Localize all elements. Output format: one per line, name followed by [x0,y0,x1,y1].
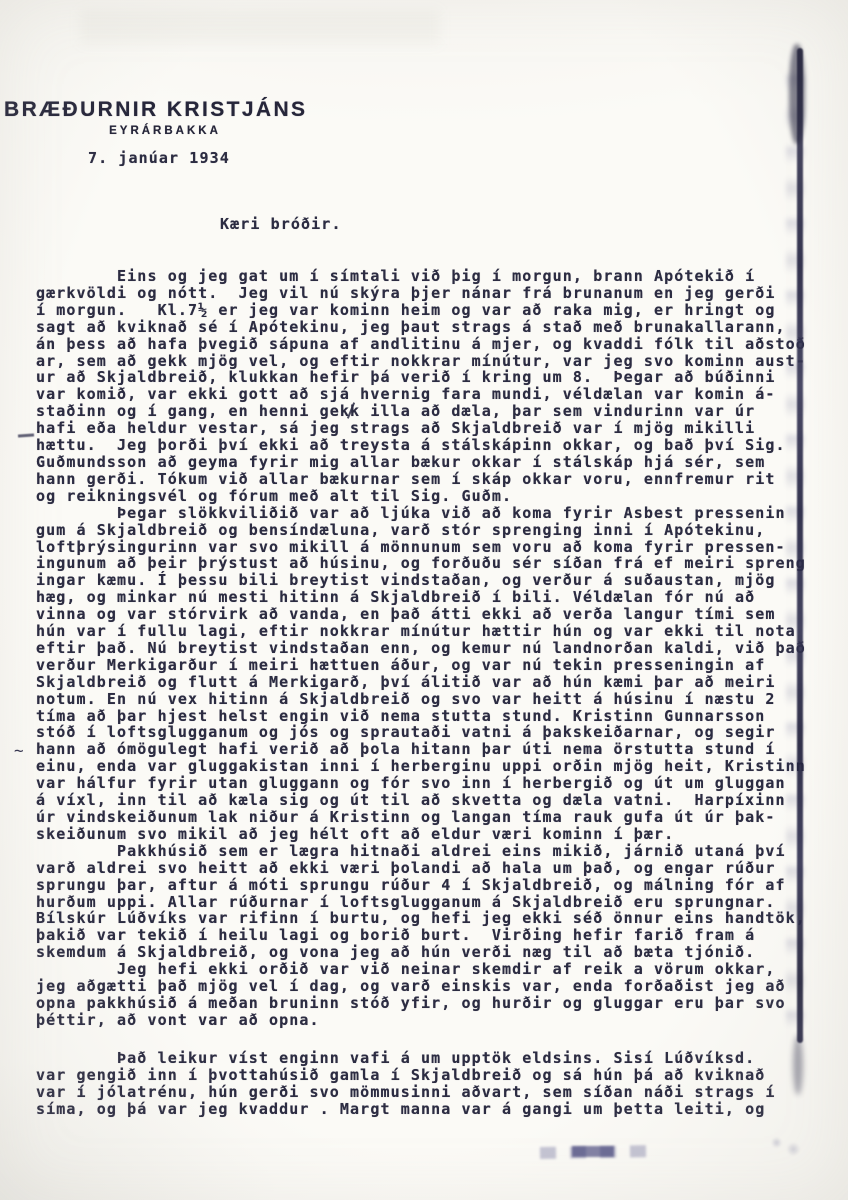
salutation: Kæri bróðir. [220,216,342,233]
paragraph-fire-origin: Það leikur víst enginn vafi á um upptök … [36,1050,842,1118]
letterhead-company-name: BRÆÐURNIR KRISTJÁNS [4,99,307,120]
scan-smudge-top [80,10,440,44]
paragraph-goods-inspection: Jeg hefi ekki orðið var við neinar skemd… [36,961,842,1029]
scan-streak-artifact [797,48,803,1043]
scan-streak-bottom-tail [793,1035,803,1095]
letter-date: 7. janúar 1934 [88,150,230,167]
paragraph-warehouse-damage: Pakkhúsið sem er lægra hitnaði aldrei ei… [36,843,842,961]
paragraph-explosion-wind: Þegar slökkviliðið var að ljúka við að k… [36,505,842,843]
handwritten-dash-mark [18,433,34,437]
letter-body: Eins og jeg gat um í símtali við þig í m… [36,268,842,1117]
scan-streak-top-blob [789,44,805,144]
paragraph-fire-report: Eins og jeg gat um í símtali við þig í m… [36,268,842,505]
letterhead-location: EYRÁRBAKKA [4,126,326,138]
handwritten-tilde-mark: ~ [14,741,24,760]
scan-smudge-bottom-right [764,1136,806,1158]
scan-smudge-bottom-core [572,1146,614,1157]
scanned-letter-page: BRÆÐURNIR KRISTJÁNS EYRÁRBAKKA 7. janúar… [0,0,848,1200]
